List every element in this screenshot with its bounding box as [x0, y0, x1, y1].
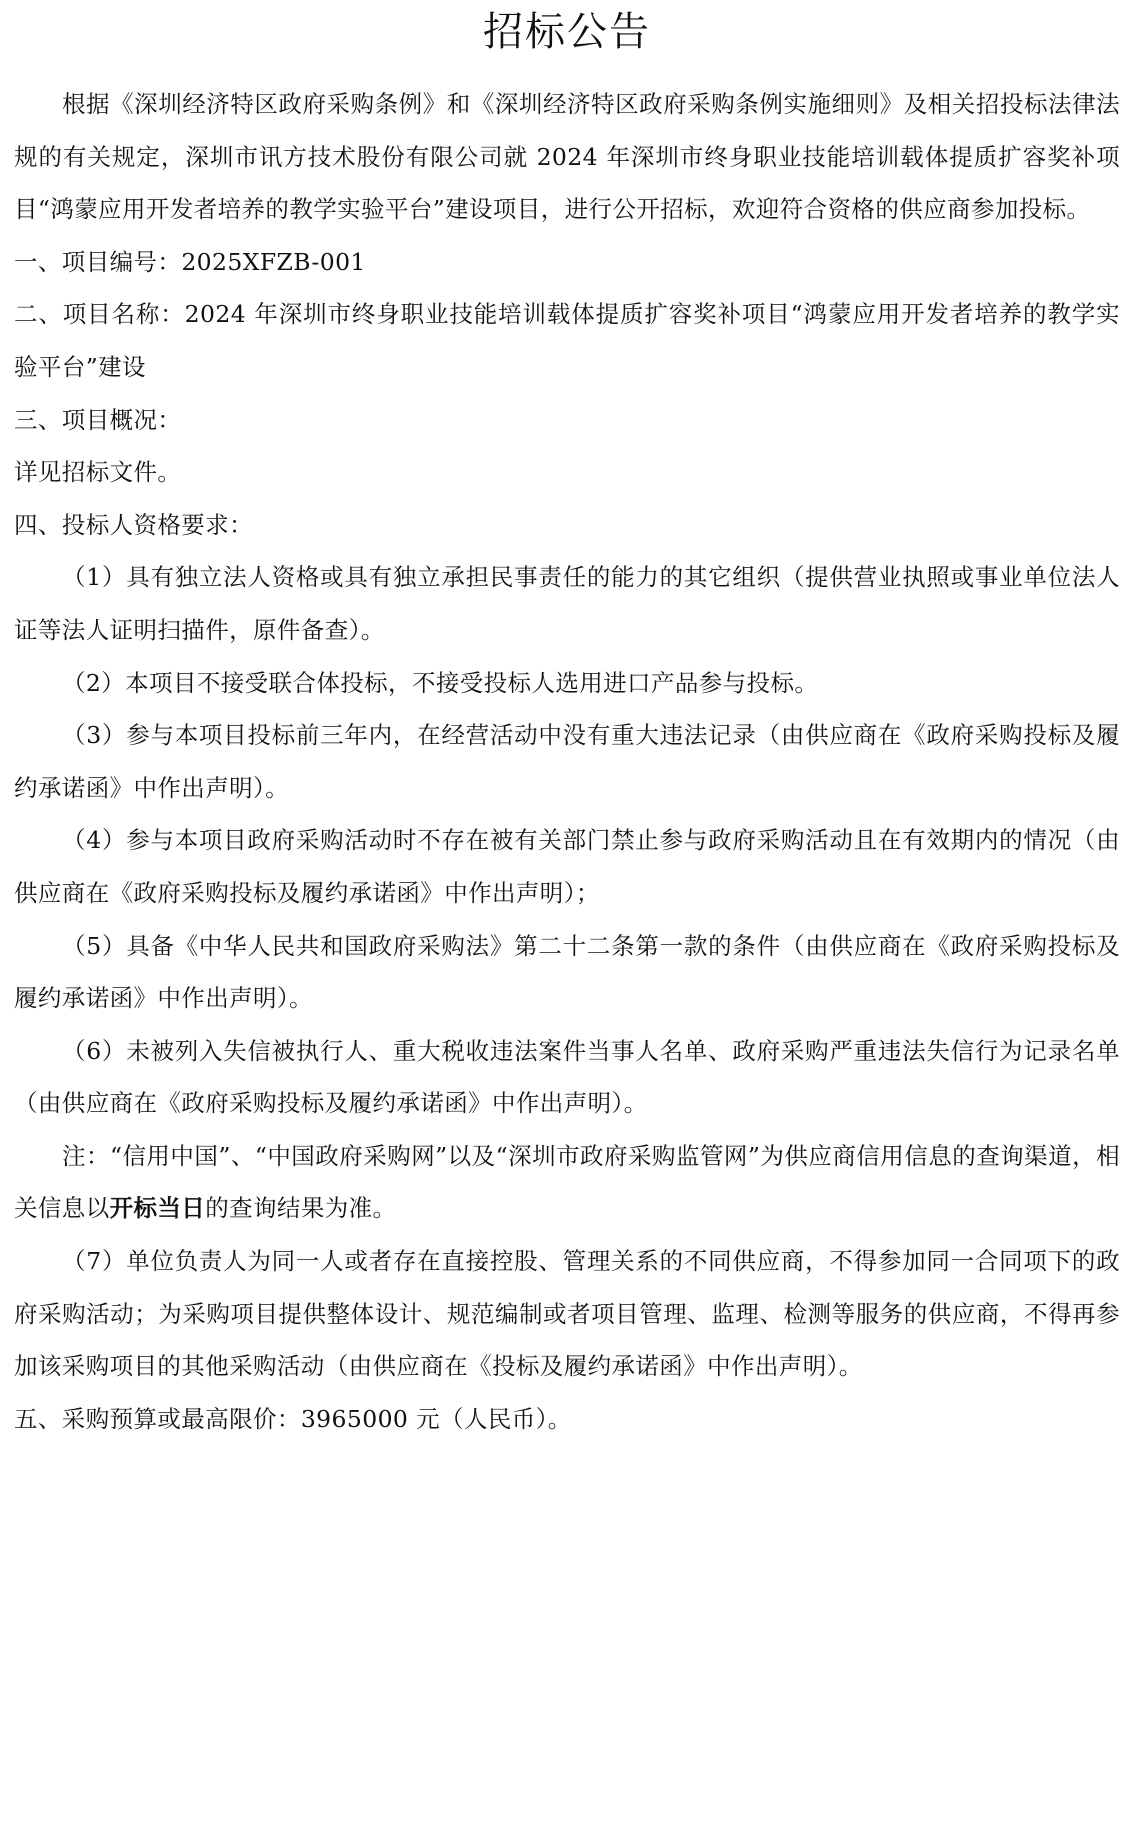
document-body: 根据《深圳经济特区政府采购条例》和《深圳经济特区政府采购条例实施细则》及相关招投…: [14, 78, 1120, 1445]
section-project-name: 二、项目名称：2024 年深圳市终身职业技能培训载体提质扩容奖补项目“鸿蒙应用开…: [14, 288, 1120, 393]
project-number-value: 2025XFZB-001: [181, 248, 365, 276]
qualification-item-4: （4）参与本项目政府采购活动时不存在被有关部门禁止参与政府采购活动且在有效期内的…: [14, 814, 1120, 919]
note-bold-bid-opening-day: 开标当日: [110, 1194, 206, 1222]
intro-paragraph: 根据《深圳经济特区政府采购条例》和《深圳经济特区政府采购条例实施细则》及相关招投…: [14, 78, 1120, 236]
project-name-label: 二、项目名称：: [14, 300, 185, 328]
qualification-item-1: （1）具有独立法人资格或具有独立承担民事责任的能力的其它组织（提供营业执照或事业…: [14, 551, 1120, 656]
section-qualifications-heading: 四、投标人资格要求：: [14, 499, 1120, 552]
project-number-label: 一、项目编号：: [14, 248, 181, 276]
qualification-item-3: （3）参与本项目投标前三年内，在经营活动中没有重大违法记录（由供应商在《政府采购…: [14, 709, 1120, 814]
qualification-item-2: （2）本项目不接受联合体投标，不接受投标人选用进口产品参与投标。: [14, 657, 1120, 710]
budget-label: 五、采购预算或最高限价：: [14, 1405, 301, 1433]
budget-value: 3965000 元（人民币）。: [301, 1405, 572, 1433]
qualification-item-6: （6）未被列入失信被执行人、重大税收违法案件当事人名单、政府采购严重违法失信行为…: [14, 1025, 1120, 1130]
section-project-number: 一、项目编号：2025XFZB-001: [14, 236, 1120, 289]
qualification-item-7: （7）单位负责人为同一人或者存在直接控股、管理关系的不同供应商，不得参加同一合同…: [14, 1235, 1120, 1393]
qualification-item-5: （5）具备《中华人民共和国政府采购法》第二十二条第一款的条件（由供应商在《政府采…: [14, 920, 1120, 1025]
section-budget: 五、采购预算或最高限价：3965000 元（人民币）。: [14, 1393, 1120, 1446]
section-project-overview-heading: 三、项目概况：: [14, 394, 1120, 447]
note-text-after: 的查询结果为准。: [205, 1194, 396, 1222]
section-project-overview-text: 详见招标文件。: [14, 446, 1120, 499]
tender-announcement-document: 招标公告 根据《深圳经济特区政府采购条例》和《深圳经济特区政府采购条例实施细则》…: [14, 0, 1120, 60]
qualification-note: 注：“信用中国”、“中国政府采购网”以及“深圳市政府采购监管网”为供应商信用信息…: [14, 1130, 1120, 1235]
document-title: 招标公告: [14, 12, 1120, 60]
